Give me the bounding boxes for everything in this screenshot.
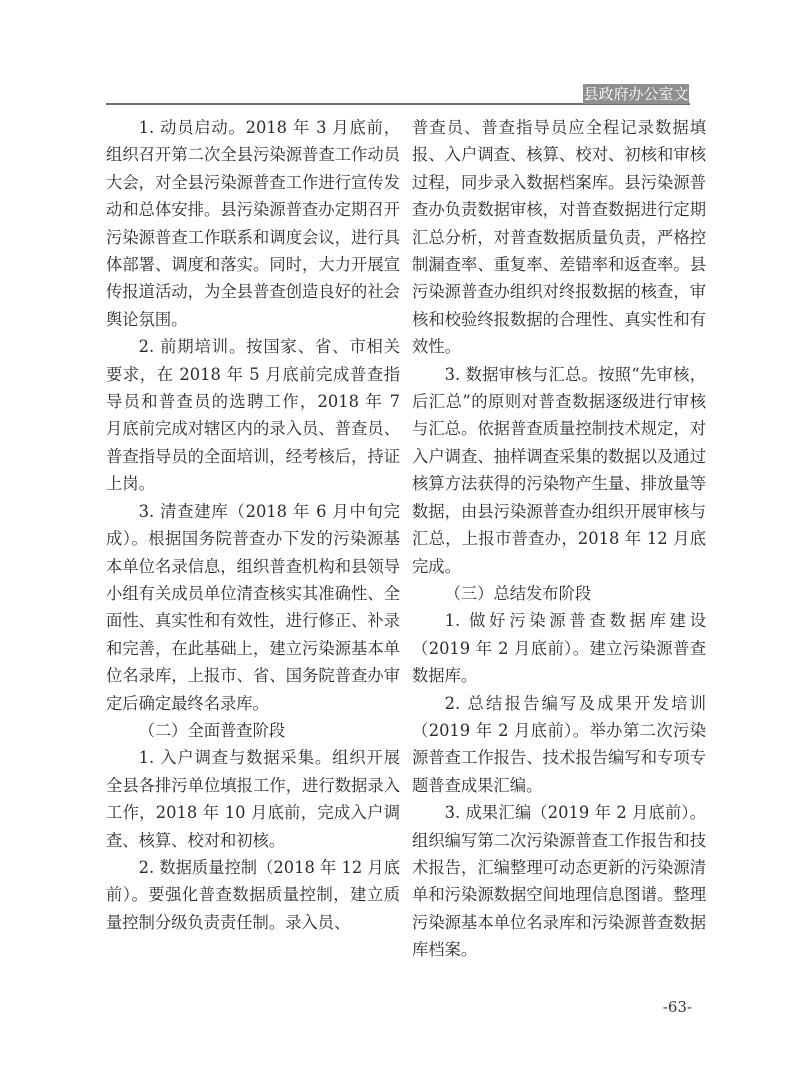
paragraph-household-survey: 1. 入户调查与数据采集。组织开展全县各排污单位填报工作，进行数据录入工作，20… — [106, 744, 400, 854]
right-column: 普查员、普查指导员应全程记录数据填报、入户调查、核算、校对、初核和审核过程，同步… — [412, 114, 706, 964]
section-heading-summary: （三）总结发布阶段 — [412, 580, 706, 607]
paragraph-report-writing: 2. 总结报告编写及成果开发培训（2019 年 2 月底前）。举办第二次污染源普… — [412, 690, 706, 800]
paragraph-inventory: 3. 清查建库（2018 年 6 月中旬完成）。根据国务院普查办下发的污染源基本… — [106, 498, 400, 717]
paragraph-training: 2. 前期培训。按国家、省、市相关要求，在 2018 年 5 月底前完成普查指导… — [106, 333, 400, 497]
section-tab: 县政府办公室文件 — [583, 84, 689, 104]
paragraph-database: 1. 做好污染源普查数据库建设（2019 年 2 月底前）。建立污染源普查数据库… — [412, 607, 706, 689]
page-number: -63- — [648, 998, 692, 1016]
paragraph-compilation: 3. 成果汇编（2019 年 2 月底前）。组织编写第二次污染源普查工作报告和技… — [412, 799, 706, 963]
section-heading-full-census: （二）全面普查阶段 — [106, 717, 400, 744]
paragraph-data-review: 3. 数据审核与汇总。按照“先审核，后汇总”的原则对普查数据逐级进行审核与汇总。… — [412, 361, 706, 580]
paragraph-quality-control-cont: 普查员、普查指导员应全程记录数据填报、入户调查、核算、校对、初核和审核过程，同步… — [412, 114, 706, 361]
paragraph-quality-control: 2. 数据质量控制（2018 年 12 月底前）。要强化普查数据质量控制，建立质… — [106, 854, 400, 936]
paragraph-mobilization: 1. 动员启动。2018 年 3 月底前，组织召开第二次全县污染源普查工作动员大… — [106, 114, 400, 333]
left-column: 1. 动员启动。2018 年 3 月底前，组织召开第二次全县污染源普查工作动员大… — [106, 114, 400, 936]
